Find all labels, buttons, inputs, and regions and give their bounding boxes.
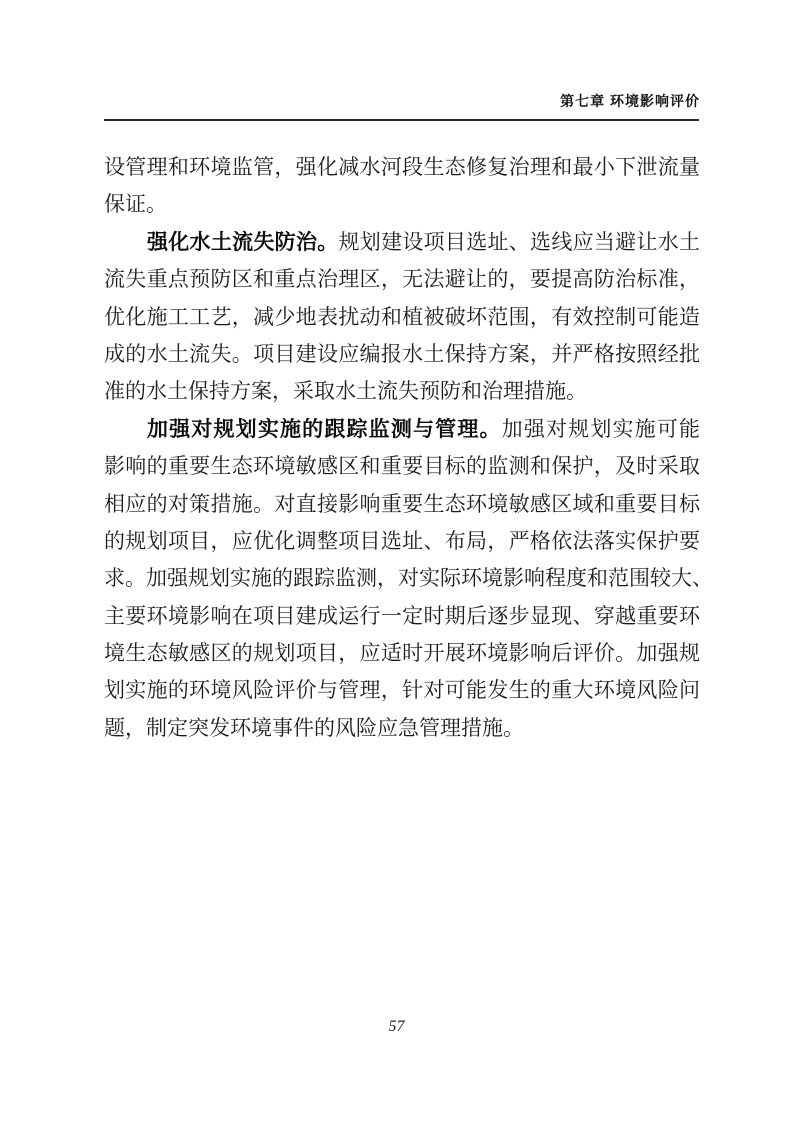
body-text: 求。加强规划实施的跟踪监测，对实际环境影响程度和范围较大、 <box>104 566 713 590</box>
body-line: 境生态敏感区的规划项目，应适时开展环境影响后评价。加强规 <box>104 635 700 672</box>
bold-lead: 加强对规划实施的跟踪监测与管理。 <box>147 418 502 441</box>
body-text: 主要环境影响在项目建成运行一定时期后逐步显现、穿越重要环 <box>104 604 700 628</box>
paragraph: 强化水土流失防治。规划建设项目选址、选线应当避让水土 流失重点预防区和重点治理区… <box>104 224 700 411</box>
body-line: 划实施的环境风险评价与管理，针对可能发生的重大环境风险问 <box>104 672 700 709</box>
body-line: 保证。 <box>104 186 700 223</box>
body-line: 流失重点预防区和重点治理区，无法避让的，要提高防治标准， <box>104 261 700 298</box>
body-text: 相应的对策措施。对直接影响重要生态环境敏感区域和重要目标 <box>104 492 700 516</box>
body-text: 境生态敏感区的规划项目，应适时开展环境影响后评价。加强规 <box>104 641 700 665</box>
body-text: 成的水土流失。项目建设应编报水土保持方案，并严格按照经批 <box>104 342 700 366</box>
body-text: 划实施的环境风险评价与管理，针对可能发生的重大环境风险问 <box>104 678 700 702</box>
body-text: 加强对规划实施可能 <box>502 417 700 441</box>
body-line: 的规划项目，应优化调整项目选址、布局，严格依法落实保护要 <box>104 523 700 560</box>
body-text: 影响的重要生态环境敏感区和重要目标的监测和保护，及时采取 <box>104 454 700 478</box>
body-text: 设管理和环境监管，强化减水河段生态修复治理和最小下泄流量 <box>104 155 700 179</box>
body-line: 强化水土流失防治。规划建设项目选址、选线应当避让水土 <box>104 224 700 261</box>
document-body: 设管理和环境监管，强化减水河段生态修复治理和最小下泄流量 保证。 强化水土流失防… <box>104 149 700 747</box>
body-text: 保证。 <box>104 192 167 216</box>
body-text: 准的水土保持方案，采取水土流失预防和治理措施。 <box>104 379 587 403</box>
paragraph: 加强对规划实施的跟踪监测与管理。加强对规划实施可能 影响的重要生态环境敏感区和重… <box>104 411 700 748</box>
document-page: 第七章 环境影响评价 设管理和环境监管，强化减水河段生态修复治理和最小下泄流量 … <box>0 0 793 1122</box>
body-text: 题，制定突发环境事件的风险应急管理措施。 <box>104 716 524 740</box>
page-number: 57 <box>389 1018 405 1035</box>
body-text: 优化施工工艺，减少地表扰动和植被破坏范围，有效控制可能造 <box>104 305 700 329</box>
body-line: 相应的对策措施。对直接影响重要生态环境敏感区域和重要目标 <box>104 486 700 523</box>
page-footer: 57 <box>0 1018 793 1036</box>
body-text: 规划建设项目选址、选线应当避让水土 <box>339 230 700 254</box>
body-line: 主要环境影响在项目建成运行一定时期后逐步显现、穿越重要环 <box>104 598 700 635</box>
body-line: 题，制定突发环境事件的风险应急管理措施。 <box>104 710 700 747</box>
running-header-chapter: 第七章 环境影响评价 <box>560 91 700 111</box>
body-line: 成的水土流失。项目建设应编报水土保持方案，并严格按照经批 <box>104 336 700 373</box>
body-text: 的规划项目，应优化调整项目选址、布局，严格依法落实保护要 <box>104 529 700 553</box>
bold-lead: 强化水土流失防治。 <box>147 231 339 254</box>
body-line: 优化施工工艺，减少地表扰动和植被破坏范围，有效控制可能造 <box>104 299 700 336</box>
body-line: 准的水土保持方案，采取水土流失预防和治理措施。 <box>104 373 700 410</box>
body-line: 设管理和环境监管，强化减水河段生态修复治理和最小下泄流量 <box>104 149 700 186</box>
body-line: 求。加强规划实施的跟踪监测，对实际环境影响程度和范围较大、 <box>104 560 700 597</box>
body-text: 流失重点预防区和重点治理区，无法避让的，要提高防治标准， <box>104 267 700 291</box>
body-line: 加强对规划实施的跟踪监测与管理。加强对规划实施可能 <box>104 411 700 448</box>
body-line: 影响的重要生态环境敏感区和重要目标的监测和保护，及时采取 <box>104 448 700 485</box>
paragraph: 设管理和环境监管，强化减水河段生态修复治理和最小下泄流量 保证。 <box>104 149 700 224</box>
header-rule <box>104 119 699 121</box>
